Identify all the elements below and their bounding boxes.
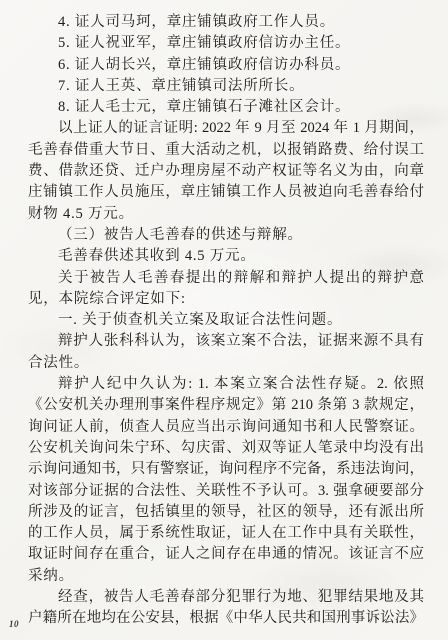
document-line: 公安机关询问朱宁环、勾庆雷、刘双等证人笔录中均没有出 [28,438,424,459]
document-line: 庄铺镇工作人员施压，章庄铺镇工作人员被迫向毛善春给付 [28,182,424,203]
document-line: 见，本院综合评定如下: [28,289,424,310]
document-line: 一. 关于侦查机关立案及取证合法性问题。 [28,310,424,331]
document-line: 取证时间存在重合，证人之间存在串通的情况。该证言不应 [28,544,424,565]
document-line: 7. 证人王英、章庄铺镇司法所所长。 [28,76,424,97]
document-line: 4. 证人司马珂，章庄铺镇政府工作人员。 [28,12,424,33]
document-line: （三）被告人毛善春的供述与辩解。 [28,225,424,246]
document-line: 费、借款还贷、迁户办理房屋不动产权证等名义为由，向章 [28,161,424,182]
document-line: 毛善春借重大节日、重大活动之机，以报销路费、给付误工 [28,140,424,161]
document-body: 4. 证人司马珂，章庄铺镇政府工作人员。 5. 证人祝亚军，章庄铺镇政府信访办主… [28,12,424,630]
document-line: 5. 证人祝亚军，章庄铺镇政府信访办主任。 [28,33,424,54]
scanned-document-page: 4. 证人司马珂，章庄铺镇政府工作人员。 5. 证人祝亚军，章庄铺镇政府信访办主… [0,0,448,640]
document-line: 所涉及的证言，包括镇里的领导，社区的领导，还有派出所 [28,502,424,523]
document-line: 经查，被告人毛善春部分犯罪行为地、犯罪结果地及其 [28,587,424,608]
document-line: 示询问通知书，只有警察证，询问程序不完备，系违法询问， [28,459,424,480]
document-line: 对该部分证据的合法性、关联性不予认可。3. 强拿硬要部分 [28,481,424,502]
document-line: 《公安机关办理刑事案件程序规定》第 210 条第 3 款规定， [28,395,424,416]
document-line: 户籍所在地均在公安县，根据《中华人民共和国刑事诉讼法》 [28,608,424,629]
document-line: 辩护人纪中久认为: 1. 本案立案合法性存疑。2. 依照 [28,374,424,395]
document-line: 6. 证人胡长兴，章庄铺镇政府信访办科员。 [28,55,424,76]
document-line: 询问证人前，侦查人员应当出示询问通知书和人民警察证。 [28,417,424,438]
document-line: 辩护人张科科认为，该案立案不合法，证据来源不具有 [28,331,424,352]
page-number: 10 [9,619,19,629]
document-line: 财物 4.5 万元。 [28,204,424,225]
document-line: 采纳。 [28,566,424,587]
document-line: 毛善春供述其收到 4.5 万元。 [28,246,424,267]
document-line: 关于被告人毛善春提出的辩解和辩护人提出的辩护意 [28,268,424,289]
document-line: 的工作人员，属于系统性取证，证人在工作中具有关联性， [28,523,424,544]
document-line: 以上证人的证言证明: 2022 年 9 月至 2024 年 1 月期间， [28,118,424,139]
document-line: 合法性。 [28,353,424,374]
document-line: 8. 证人毛士元，章庄铺镇石子滩社区会计。 [28,97,424,118]
